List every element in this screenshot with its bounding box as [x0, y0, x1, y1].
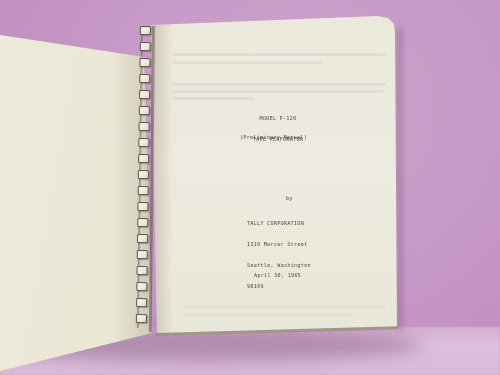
show-through-line — [172, 90, 384, 93]
comb-binding-loop — [138, 154, 149, 163]
comb-binding-loop — [139, 58, 150, 67]
publisher-zip: 98109 — [247, 284, 311, 291]
manual-title: MODEL P-120 TAPE PERFORATOR — [237, 102, 319, 158]
by-label: by — [286, 196, 293, 203]
show-through-line — [172, 83, 386, 86]
publisher-city: Seattle, Washington — [247, 263, 311, 270]
show-through-line — [184, 313, 352, 316]
comb-binding-loop — [139, 74, 150, 83]
comb-binding-loop — [137, 250, 148, 259]
publication-date: April 30, 1965 — [254, 273, 301, 280]
comb-binding-loop — [137, 218, 148, 227]
photo-scene: MODEL P-120 TAPE PERFORATOR (Preliminary… — [0, 0, 500, 375]
comb-binding-loop — [138, 170, 149, 179]
comb-binding-loop — [140, 26, 151, 35]
show-through-line — [172, 53, 386, 56]
comb-binding-loop — [138, 138, 149, 147]
comb-binding-loop — [138, 186, 149, 195]
page-edge-shadow — [396, 28, 403, 330]
manual-model-line: MODEL P-120 — [237, 116, 319, 123]
comb-binding-loop — [136, 282, 147, 291]
comb-binding-loop — [136, 314, 147, 323]
show-through-line — [172, 97, 254, 100]
show-through-line — [172, 61, 322, 64]
manual-subtitle: (Preliminary Manual) — [240, 135, 307, 142]
comb-binding-loop — [137, 202, 148, 211]
publisher-name: TALLY CORPORATION — [247, 221, 311, 228]
comb-binding-loop — [140, 42, 151, 51]
show-through-line — [184, 305, 386, 308]
comb-binding-loop — [139, 122, 150, 131]
comb-binding-loop — [137, 234, 148, 243]
comb-binding-loop — [139, 106, 150, 115]
comb-binding-loop — [139, 90, 150, 99]
publisher-street: 1310 Mercer Street — [247, 242, 311, 249]
comb-binding-loop — [137, 266, 148, 275]
comb-binding-loop — [136, 298, 147, 307]
publisher-address-block: TALLY CORPORATION 1310 Mercer Street Sea… — [247, 207, 311, 305]
